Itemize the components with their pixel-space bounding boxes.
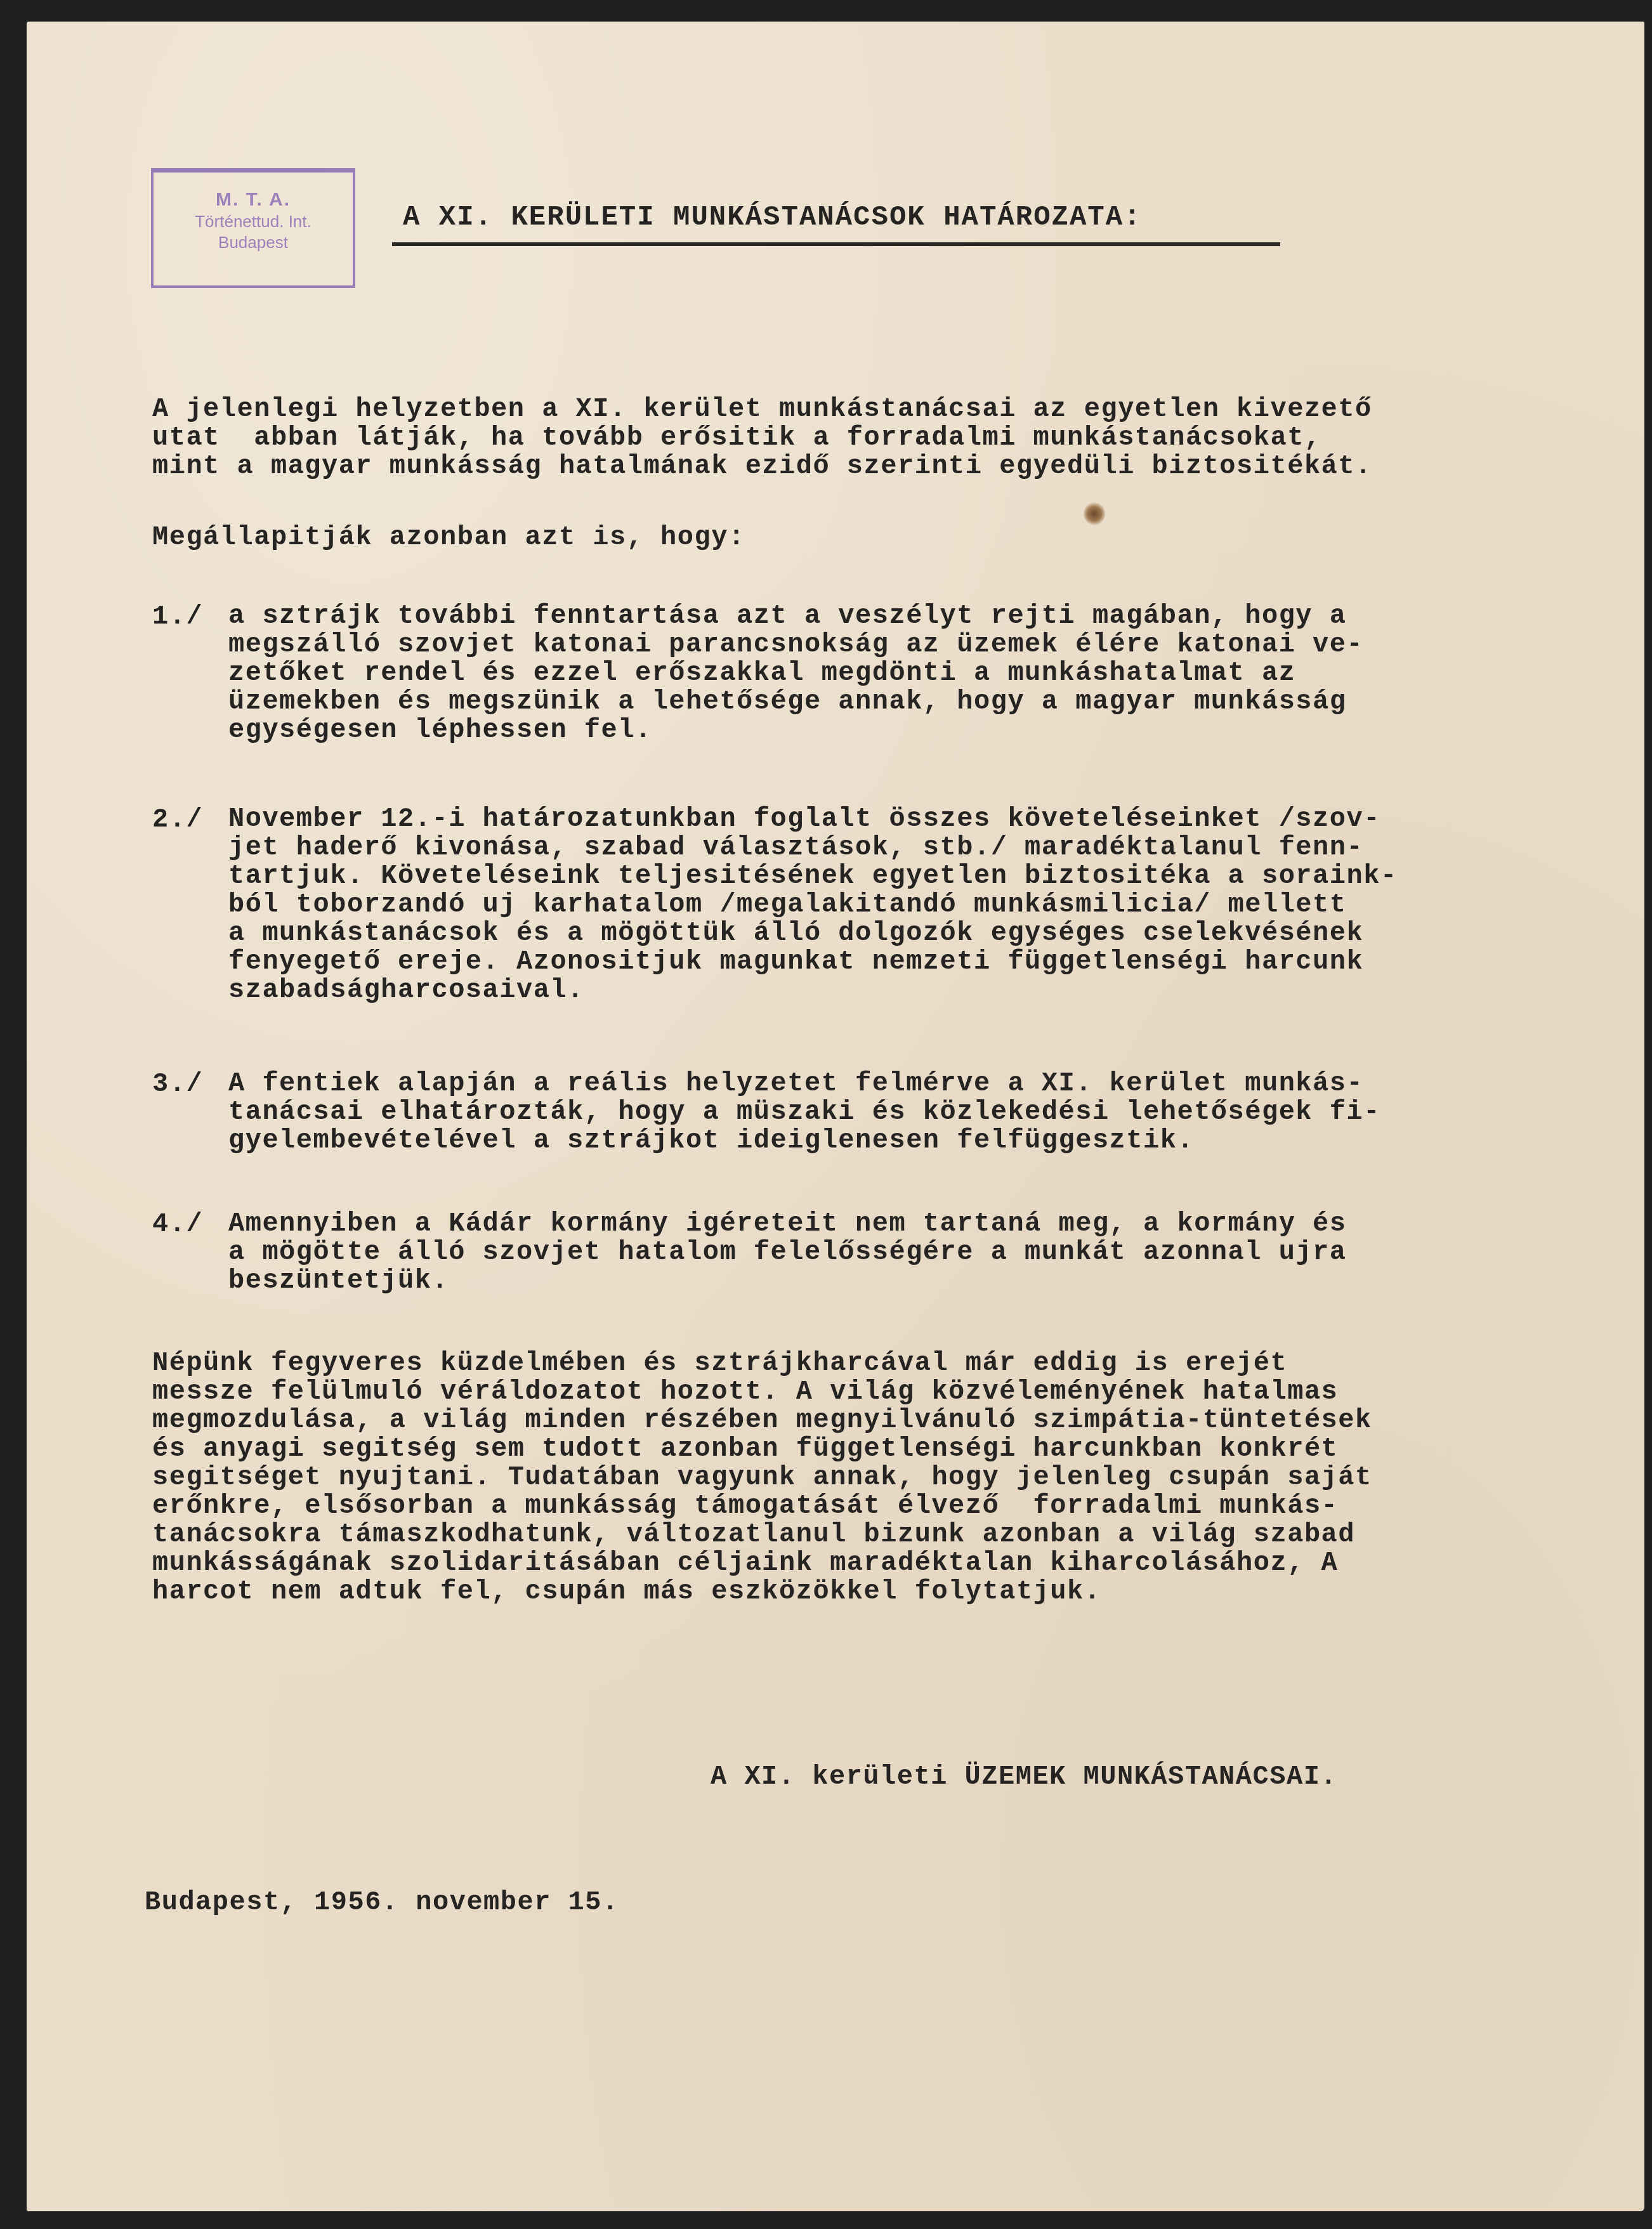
item-line: egységesen léphessen fel. <box>228 716 652 745</box>
item-line: ból toborzandó uj karhatalom /megalakita… <box>228 890 1346 919</box>
closing-line: megmozdulása, a világ minden részében me… <box>152 1406 1372 1435</box>
item-line: tartjuk. Követeléseink teljesitésének eg… <box>228 861 1398 891</box>
stamp-line-1: M. T. A. <box>154 189 353 211</box>
item-line: szabadságharcosaival. <box>228 976 584 1005</box>
item-line: megszálló szovjet katonai parancsnokság … <box>228 630 1363 659</box>
item-line: a munkástanácsok és a mögöttük álló dolg… <box>228 918 1363 948</box>
item-number: 2./ <box>152 804 203 835</box>
intro-line: utat abban látják, ha tovább erősitik a … <box>152 423 1321 452</box>
intro-line: mint a magyar munkásság hatalmának ezidő… <box>152 452 1372 481</box>
signature: A XI. kerületi ÜZEMEK MUNKÁSTANÁCSAI. <box>711 1762 1337 1792</box>
intro-line: A jelenlegi helyzetben a XI. kerület mun… <box>152 395 1372 424</box>
closing-line: munkásságának szolidaritásában céljaink … <box>152 1548 1338 1578</box>
item-line: fenyegető ereje. Azonositjuk magunkat ne… <box>228 947 1363 976</box>
item-number: 1./ <box>152 601 203 632</box>
closing-line: erőnkre, elsősorban a munkásság támogatá… <box>152 1491 1338 1520</box>
document-title: A XI. KERÜLETI MUNKÁSTANÁCSOK HATÁROZATA… <box>403 202 1142 233</box>
closing-line: tanácsokra támaszkodhatunk, változatlanu… <box>152 1520 1355 1549</box>
item-line: beszüntetjük. <box>228 1266 449 1295</box>
paper-stain <box>1084 502 1105 525</box>
item-line: jet haderő kivonása, szabad választások,… <box>228 833 1363 862</box>
stamp-line-2: Történettud. Int. <box>154 212 353 232</box>
title-underline <box>392 242 1280 246</box>
item-line: a mögötte álló szovjet hatalom felelőssé… <box>228 1238 1346 1267</box>
item-number: 3./ <box>152 1069 203 1099</box>
archive-stamp: M. T. A. Történettud. Int. Budapest <box>151 168 355 288</box>
closing-line: messze felülmuló véráldozatot hozott. A … <box>152 1377 1338 1406</box>
closing-line: segitséget nyujtani. Tudatában vagyunk a… <box>152 1463 1372 1492</box>
item-line: üzemekben és megszünik a lehetősége anna… <box>228 687 1346 716</box>
item-number: 4./ <box>152 1209 203 1239</box>
item-line: zetőket rendel és ezzel erőszakkal megdö… <box>228 658 1295 688</box>
document-date: Budapest, 1956. november 15. <box>145 1887 619 1918</box>
closing-line: Népünk fegyveres küzdelmében és sztrájkh… <box>152 1349 1287 1378</box>
closing-line: és anyagi segitség sem tudott azonban fü… <box>152 1434 1338 1463</box>
item-line: A fentiek alapján a reális helyzetet fel… <box>228 1069 1363 1098</box>
stamp-line-3: Budapest <box>154 233 353 252</box>
lead-in: Megállapitják azonban azt is, hogy: <box>152 523 745 552</box>
item-line: gyelembevételével a sztrájkot ideiglenes… <box>228 1126 1194 1155</box>
item-line: tanácsai elhatározták, hogy a müszaki és… <box>228 1097 1380 1127</box>
closing-line: harcot nem adtuk fel, csupán más eszközö… <box>152 1577 1101 1606</box>
item-line: November 12.-i határozatunkban foglalt ö… <box>228 804 1380 833</box>
item-line: Amennyiben a Kádár kormány igéreteit nem… <box>228 1209 1346 1238</box>
item-line: a sztrájk további fenntartása azt a vesz… <box>228 601 1346 631</box>
